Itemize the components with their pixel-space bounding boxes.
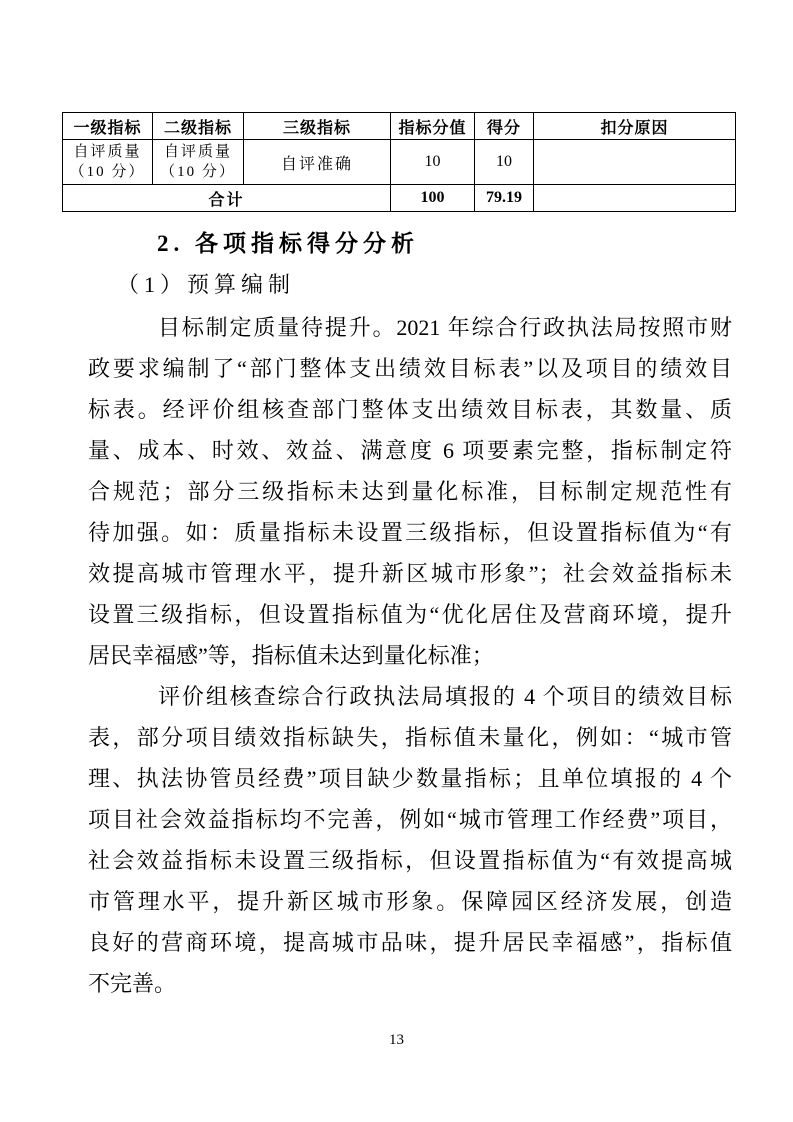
total-value-cell: 100 <box>391 185 475 212</box>
table-header-value: 指标分值 <box>391 113 475 140</box>
total-reason-cell <box>534 185 736 212</box>
level2-indicator-cell: 自评质量 （10 分） <box>153 140 244 185</box>
paragraph-line: 标表。经评价组核查部门整体支出绩效目标表，其数量、质 <box>88 389 732 430</box>
deduction-reason-cell <box>534 140 736 185</box>
paragraph-line: 市管理水平，提升新区城市形象。保障园区经济发展，创造 <box>88 881 732 922</box>
paragraph-line: 居民幸福感”等，指标值未达到量化标准； <box>88 635 732 676</box>
level1-indicator-cell: 自评质量 （10 分） <box>63 140 153 185</box>
score-cell: 10 <box>475 140 534 185</box>
subsection-heading: （1）预算编制 <box>88 271 732 299</box>
section-heading: 2. 各项指标得分分析 <box>88 230 732 258</box>
total-label-cell: 合计 <box>63 185 391 212</box>
document-page: 一级指标 二级指标 三级指标 指标分值 得分 扣分原因 自评质量 （10 分） … <box>0 0 793 1122</box>
table-header-reason: 扣分原因 <box>534 113 736 140</box>
table-total-row: 合计 100 79.19 <box>63 185 736 212</box>
table-header-score: 得分 <box>475 113 534 140</box>
paragraph-line: 评价组核查综合行政执法局填报的 4 个项目的绩效目标 <box>88 676 732 717</box>
level1-indicator-name: 自评质量 <box>65 142 150 162</box>
paragraph-line: 表，部分项目绩效指标缺失，指标值未量化，例如：“城市管 <box>88 717 732 758</box>
table-header-level1: 一级指标 <box>63 113 153 140</box>
total-score-cell: 79.19 <box>475 185 534 212</box>
document-body: 2. 各项指标得分分析 （1）预算编制 目标制定质量待提升。2021 年综合行政… <box>88 230 732 1004</box>
level1-indicator-points: （10 分） <box>65 162 150 182</box>
paragraph-line: 待加强。如：质量指标未设置三级指标，但设置指标值为“有 <box>88 512 732 553</box>
level2-indicator-name: 自评质量 <box>155 142 241 162</box>
paragraph-line: 项目社会效益指标均不完善，例如“城市管理工作经费”项目， <box>88 799 732 840</box>
paragraph-line: 政要求编制了“部门整体支出绩效目标表”以及项目的绩效目 <box>88 348 732 389</box>
paragraph-line: 设置三级指标，但设置指标值为“优化居住及营商环境，提升 <box>88 594 732 635</box>
paragraph-line: 量、成本、时效、效益、满意度 6 项要素完整，指标制定符 <box>88 430 732 471</box>
indicator-score-table: 一级指标 二级指标 三级指标 指标分值 得分 扣分原因 自评质量 （10 分） … <box>62 112 736 212</box>
table-header-level3: 三级指标 <box>244 113 391 140</box>
paragraph-line: 效提高城市管理水平，提升新区城市形象”；社会效益指标未 <box>88 553 732 594</box>
level2-indicator-points: （10 分） <box>155 162 241 182</box>
paragraph-line: 目标制定质量待提升。2021 年综合行政执法局按照市财 <box>88 307 732 348</box>
paragraph-line: 不完善。 <box>88 963 732 1004</box>
paragraph-line: 社会效益指标未设置三级指标，但设置指标值为“有效提高城 <box>88 840 732 881</box>
page-number: 13 <box>0 1032 793 1049</box>
table-header-row: 一级指标 二级指标 三级指标 指标分值 得分 扣分原因 <box>63 113 736 140</box>
table-row: 自评质量 （10 分） 自评质量 （10 分） 自评准确 10 10 <box>63 140 736 185</box>
level3-indicator-cell: 自评准确 <box>244 140 391 185</box>
body-text: 目标制定质量待提升。2021 年综合行政执法局按照市财 政要求编制了“部门整体支… <box>88 307 732 1004</box>
paragraph-line: 良好的营商环境，提高城市品味，提升居民幸福感”，指标值 <box>88 922 732 963</box>
table-header-level2: 二级指标 <box>153 113 244 140</box>
paragraph-line: 理、执法协管员经费”项目缺少数量指标；且单位填报的 4 个 <box>88 758 732 799</box>
indicator-value-cell: 10 <box>391 140 475 185</box>
paragraph-line: 合规范；部分三级指标未达到量化标准，目标制定规范性有 <box>88 471 732 512</box>
